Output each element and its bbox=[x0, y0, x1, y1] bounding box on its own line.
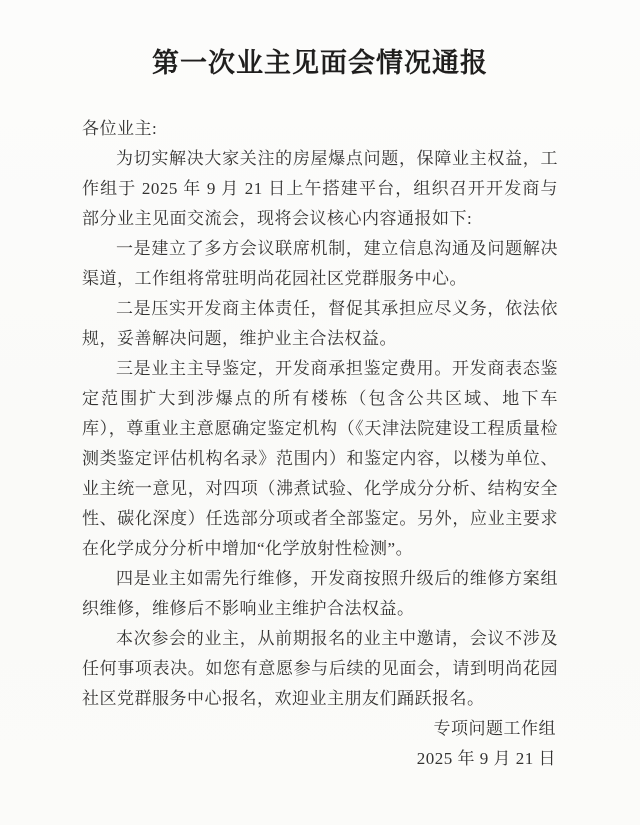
signature-block: 专项问题工作组 2025 年 9 月 21 日 bbox=[82, 714, 558, 774]
document-body: 各位业主: 为切实解决大家关注的房屋爆点问题，保障业主权益，工作组于 2025 … bbox=[82, 114, 558, 774]
document-title: 第一次业主见面会情况通报 bbox=[82, 44, 558, 82]
signature-author: 专项问题工作组 bbox=[82, 714, 556, 744]
paragraph-closing: 本次参会的业主，从前期报名的业主中邀请，会议不涉及任何事项表决。如您有意愿参与后… bbox=[82, 624, 558, 714]
paragraph-intro: 为切实解决大家关注的房屋爆点问题，保障业主权益，工作组于 2025 年 9 月 … bbox=[82, 144, 558, 234]
signature-date: 2025 年 9 月 21 日 bbox=[82, 744, 556, 774]
paragraph-point-3: 三是业主主导鉴定，开发商承担鉴定费用。开发商表态鉴定范围扩大到涉爆点的所有楼栋（… bbox=[82, 354, 558, 564]
salutation: 各位业主: bbox=[82, 114, 558, 144]
paragraph-point-4: 四是业主如需先行维修，开发商按照升级后的维修方案组织维修，维修后不影响业主维护合… bbox=[82, 564, 558, 624]
document-page: 第一次业主见面会情况通报 各位业主: 为切实解决大家关注的房屋爆点问题，保障业主… bbox=[0, 0, 640, 825]
paragraph-point-1: 一是建立了多方会议联席机制，建立信息沟通及问题解决渠道，工作组将常驻明尚花园社区… bbox=[82, 234, 558, 294]
paragraph-point-2: 二是压实开发商主体责任，督促其承担应尽义务，依法依规，妥善解决问题，维护业主合法… bbox=[82, 294, 558, 354]
